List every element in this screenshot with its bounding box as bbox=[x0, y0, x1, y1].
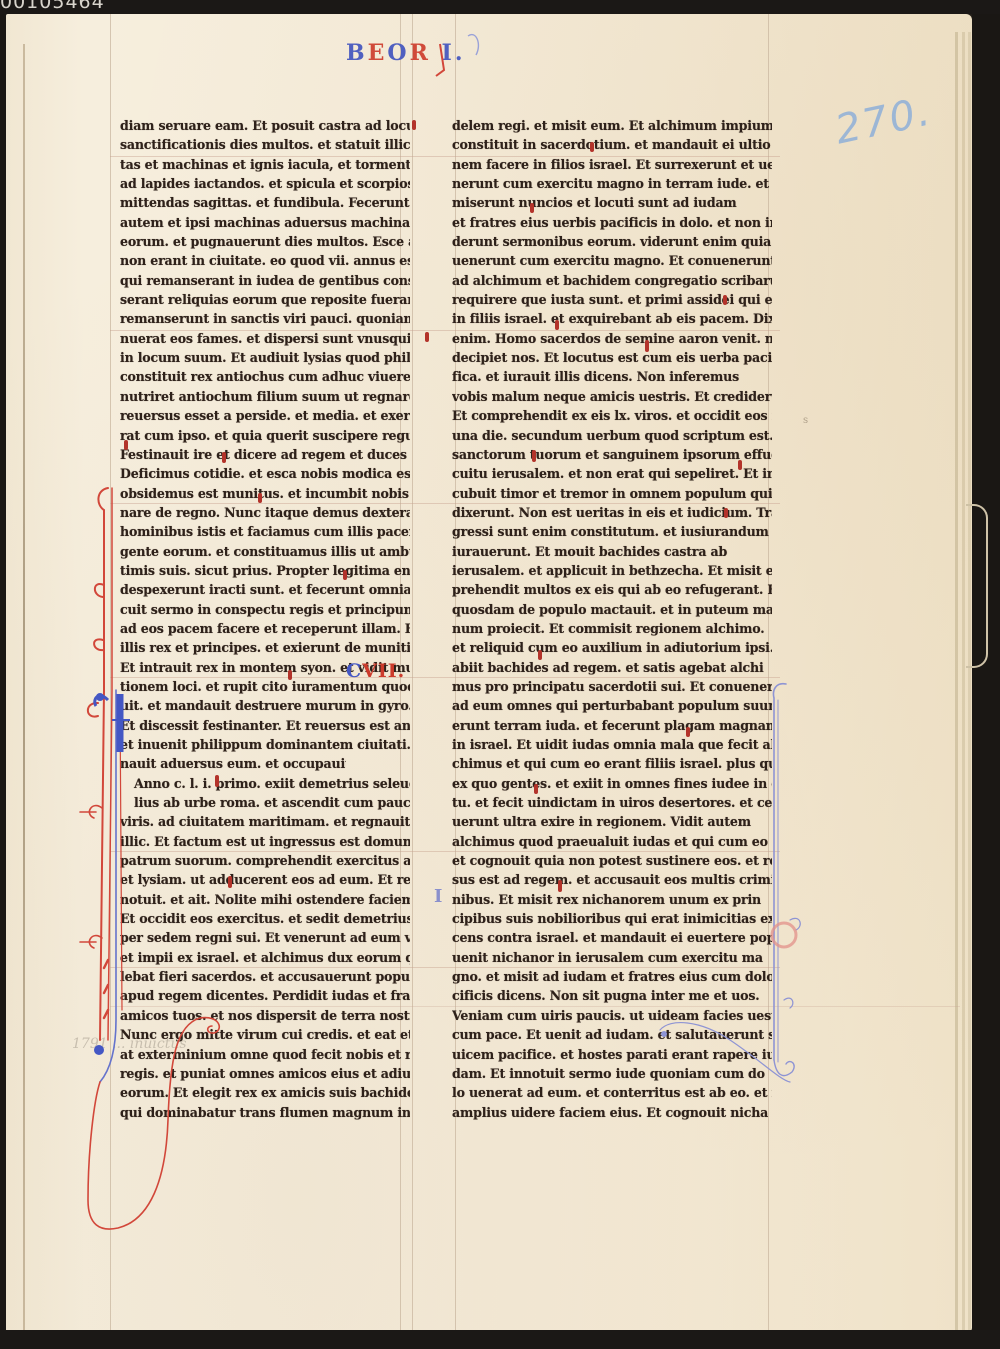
right-penwork-border-icon bbox=[660, 684, 800, 1082]
running-head-flourish-icon bbox=[436, 44, 444, 76]
paraph-marks-icon bbox=[124, 120, 742, 892]
penwork-dot-icon bbox=[94, 1045, 104, 1055]
running-head-flourish-icon bbox=[468, 35, 478, 55]
left-penwork-border-icon bbox=[80, 488, 219, 1229]
scan-footer-bar bbox=[0, 1330, 1000, 1349]
penwork-flourishes bbox=[0, 0, 1000, 1349]
margin-circle-icon bbox=[772, 923, 796, 947]
